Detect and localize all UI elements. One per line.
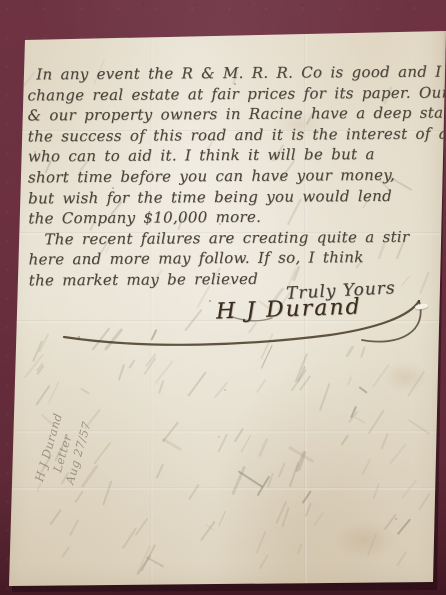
showthrough-stroke — [217, 434, 228, 453]
foxing-speck — [218, 436, 220, 438]
letter-line: who can to aid it. I think it will be bu… — [28, 144, 437, 167]
showthrough-stroke — [278, 462, 286, 477]
showthrough-stroke — [36, 365, 45, 375]
showthrough-stroke — [255, 379, 265, 393]
showthrough-stroke — [258, 437, 269, 457]
showthrough-stroke — [237, 470, 262, 487]
showthrough-stroke — [122, 527, 138, 549]
showthrough-stroke — [248, 322, 257, 333]
showthrough-stroke — [381, 432, 389, 449]
showthrough-stroke — [261, 344, 273, 368]
showthrough-stroke — [157, 380, 163, 394]
foxing-speck — [395, 518, 397, 520]
showthrough-stroke — [397, 551, 407, 566]
showthrough-stroke — [49, 509, 62, 526]
showthrough-stroke — [36, 363, 44, 372]
showthrough-stroke — [407, 371, 425, 397]
showthrough-stroke — [345, 345, 354, 358]
showthrough-stroke — [267, 473, 274, 488]
letter-line: The recent failures are creating quite a… — [28, 226, 437, 249]
letter-line: the success of this road and it is the i… — [28, 123, 437, 146]
paper-chip-flaw — [415, 303, 429, 310]
showthrough-stroke — [319, 383, 330, 411]
showthrough-stroke — [206, 524, 215, 531]
showthrough-stroke — [146, 556, 165, 567]
showthrough-stroke — [372, 483, 380, 500]
showthrough-stroke — [418, 493, 430, 510]
showthrough-stroke — [289, 462, 299, 487]
showthrough-stroke — [200, 521, 216, 541]
showthrough-stroke — [350, 406, 357, 419]
showthrough-stroke — [313, 511, 324, 526]
showthrough-stroke — [354, 416, 365, 423]
showthrough-stroke — [128, 359, 135, 369]
showthrough-stroke — [35, 384, 51, 406]
letter-line: change real estate at fair prices for it… — [27, 82, 436, 105]
signature: H J Durand — [216, 294, 362, 324]
letter-line: In any event the R & M. R. R. Co is good… — [27, 62, 436, 85]
showthrough-stroke — [81, 465, 99, 488]
showthrough-stroke — [256, 531, 267, 554]
showthrough-stroke — [218, 510, 226, 526]
showthrough-stroke — [259, 555, 269, 569]
showthrough-stroke — [61, 546, 70, 558]
foxing-speck — [209, 300, 211, 302]
showthrough-stroke — [38, 333, 49, 353]
showthrough-stroke — [156, 463, 165, 479]
showthrough-stroke — [389, 443, 406, 464]
showthrough-stroke — [361, 459, 371, 476]
showthrough-stroke — [135, 518, 148, 536]
showthrough-stroke — [384, 514, 397, 530]
showthrough-stroke — [24, 354, 44, 379]
letter-line: the Company $10,000 more. — [28, 206, 437, 229]
foxing-speck — [224, 389, 226, 391]
showthrough-stroke — [187, 372, 206, 397]
showthrough-stroke — [260, 333, 274, 360]
showthrough-stroke — [92, 328, 111, 351]
showthrough-stroke — [136, 545, 151, 574]
showthrough-stroke — [288, 446, 314, 463]
showthrough-stroke — [372, 364, 389, 388]
showthrough-stroke — [214, 382, 228, 399]
letter-paper: In any event the R & M. R. R. Co is good… — [0, 0, 446, 595]
letter-line: & our property owners in Racine have a d… — [28, 103, 437, 126]
showthrough-stroke — [281, 506, 290, 527]
showthrough-stroke — [94, 442, 112, 465]
foxing-speck — [78, 336, 80, 338]
showthrough-stroke — [75, 491, 84, 503]
showthrough-stroke — [104, 328, 123, 350]
showthrough-stroke — [232, 466, 247, 495]
showthrough-stroke — [348, 411, 359, 424]
showthrough-stroke — [275, 500, 288, 524]
letter-line: here and more may follow. If so, I think — [29, 247, 438, 270]
letter-line: short time before you can have your mone… — [28, 165, 437, 188]
docket-note: H J Durand Letter Aug 27/57 — [32, 360, 109, 492]
showthrough-stroke — [69, 520, 79, 536]
showthrough-stroke — [297, 543, 302, 554]
showthrough-stroke — [360, 346, 366, 358]
showthrough-stroke — [102, 480, 112, 506]
showthrough-stroke — [341, 434, 349, 445]
showthrough-stroke — [407, 419, 430, 436]
letter-line: but wish for the time being you would le… — [28, 185, 437, 208]
showthrough-stroke — [154, 360, 173, 383]
showthrough-stroke — [118, 363, 126, 380]
showthrough-stroke — [348, 376, 353, 385]
showthrough-stroke — [32, 340, 43, 362]
stain-spot — [380, 360, 430, 394]
showthrough-stroke — [162, 438, 183, 451]
showthrough-stroke — [367, 533, 377, 556]
showthrough-stroke — [359, 386, 369, 394]
stain-spot — [330, 520, 400, 560]
showthrough-stroke — [397, 519, 411, 535]
letter-body: In any event the R & M. R. R. Co is good… — [27, 62, 438, 291]
showthrough-stroke — [241, 435, 252, 453]
